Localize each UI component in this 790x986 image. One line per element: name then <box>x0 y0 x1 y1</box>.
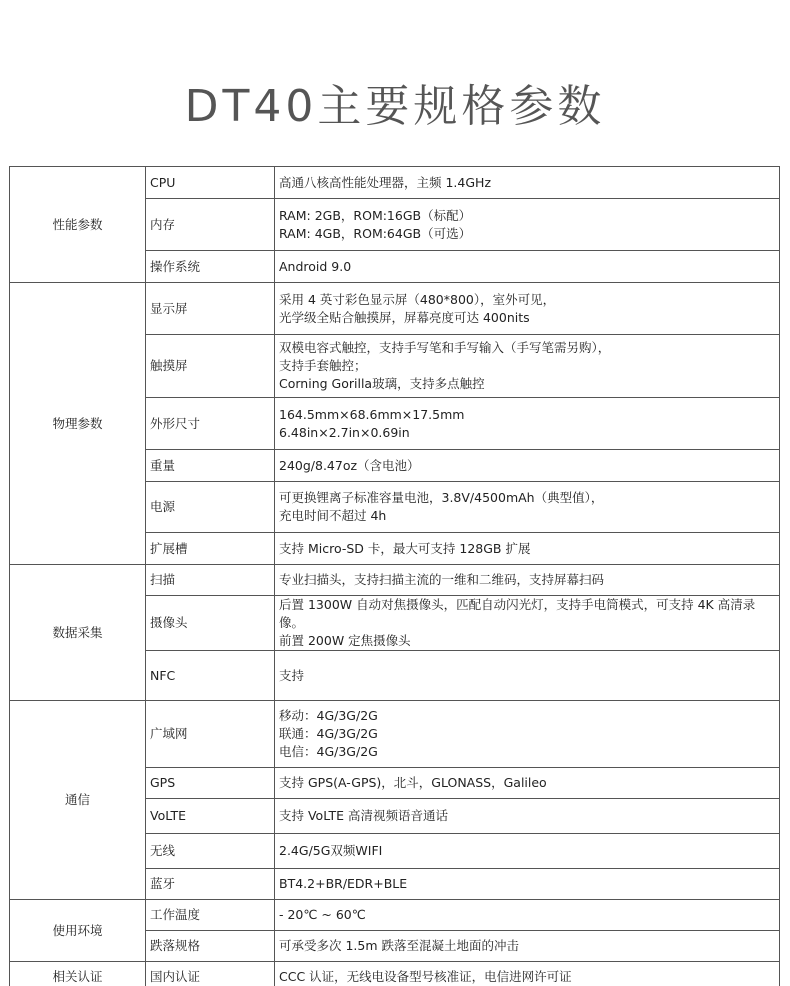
spec-value-cell: 双模电容式触控，支持手写笔和手写输入（手写笔需另购）， 支持手套触控； Corn… <box>275 335 780 398</box>
spec-value-cell: RAM: 2GB，ROM:16GB（标配） RAM: 4GB，ROM:64GB（… <box>275 199 780 251</box>
category-cell: 使用环境 <box>10 900 146 962</box>
spec-item-cell: CPU <box>146 167 275 199</box>
spec-value-cell: 后置 1300W 自动对焦摄像头，匹配自动闪光灯，支持手电筒模式，可支持 4K … <box>275 596 780 651</box>
spec-value-cell: 支持 <box>275 651 780 701</box>
table-row: 相关认证国内认证CCC 认证，无线电设备型号核准证，电信进网许可证 <box>10 962 780 986</box>
spec-item-cell: 工作温度 <box>146 900 275 931</box>
spec-item-cell: 触摸屏 <box>146 335 275 398</box>
spec-item-cell: 外形尺寸 <box>146 398 275 450</box>
spec-item-cell: 操作系统 <box>146 251 275 283</box>
spec-value-cell: Android 9.0 <box>275 251 780 283</box>
category-cell: 数据采集 <box>10 565 146 701</box>
spec-item-cell: 蓝牙 <box>146 869 275 900</box>
spec-value-cell: 专业扫描头，支持扫描主流的一维和二维码，支持屏幕扫码 <box>275 565 780 596</box>
spec-value-cell: 可承受多次 1.5m 跌落至混凝土地面的冲击 <box>275 931 780 962</box>
spec-value-cell: 2.4G/5G双频WIFI <box>275 834 780 869</box>
spec-item-cell: 摄像头 <box>146 596 275 651</box>
category-cell: 物理参数 <box>10 283 146 565</box>
spec-item-cell: 跌落规格 <box>146 931 275 962</box>
spec-item-cell: 扫描 <box>146 565 275 596</box>
spec-item-cell: 电源 <box>146 482 275 533</box>
spec-table: 性能参数CPU高通八核高性能处理器，主频 1.4GHz内存RAM: 2GB，RO… <box>9 166 780 986</box>
category-cell: 相关认证 <box>10 962 146 986</box>
table-row: 使用环境工作温度- 20℃ ~ 60℃ <box>10 900 780 931</box>
page-title: DT40主要规格参数 <box>0 70 790 134</box>
category-cell: 通信 <box>10 701 146 900</box>
table-row: 通信广域网移动：4G/3G/2G 联通：4G/3G/2G 电信：4G/3G/2G <box>10 701 780 768</box>
spec-item-cell: 扩展槽 <box>146 533 275 565</box>
spec-value-cell: 支持 GPS(A-GPS)，北斗，GLONASS，Galileo <box>275 768 780 799</box>
spec-item-cell: 国内认证 <box>146 962 275 986</box>
spec-value-cell: 164.5mm×68.6mm×17.5mm 6.48in×2.7in×0.69i… <box>275 398 780 450</box>
spec-value-cell: 支持 Micro-SD 卡，最大可支持 128GB 扩展 <box>275 533 780 565</box>
spec-value-cell: 移动：4G/3G/2G 联通：4G/3G/2G 电信：4G/3G/2G <box>275 701 780 768</box>
spec-item-cell: VoLTE <box>146 799 275 834</box>
table-row: 性能参数CPU高通八核高性能处理器，主频 1.4GHz <box>10 167 780 199</box>
table-row: 物理参数显示屏采用 4 英寸彩色显示屏（480*800），室外可见， 光学级全贴… <box>10 283 780 335</box>
spec-item-cell: 重量 <box>146 450 275 482</box>
spec-item-cell: 无线 <box>146 834 275 869</box>
spec-value-cell: CCC 认证，无线电设备型号核准证，电信进网许可证 <box>275 962 780 986</box>
table-row: 数据采集扫描专业扫描头，支持扫描主流的一维和二维码，支持屏幕扫码 <box>10 565 780 596</box>
spec-value-cell: 高通八核高性能处理器，主频 1.4GHz <box>275 167 780 199</box>
spec-item-cell: 显示屏 <box>146 283 275 335</box>
spec-value-cell: 支持 VoLTE 高清视频语音通话 <box>275 799 780 834</box>
spec-value-cell: 采用 4 英寸彩色显示屏（480*800），室外可见， 光学级全贴合触摸屏，屏幕… <box>275 283 780 335</box>
category-cell: 性能参数 <box>10 167 146 283</box>
spec-item-cell: 广域网 <box>146 701 275 768</box>
spec-item-cell: 内存 <box>146 199 275 251</box>
spec-value-cell: BT4.2+BR/EDR+BLE <box>275 869 780 900</box>
spec-item-cell: NFC <box>146 651 275 701</box>
spec-value-cell: - 20℃ ~ 60℃ <box>275 900 780 931</box>
spec-value-cell: 240g/8.47oz（含电池） <box>275 450 780 482</box>
spec-value-cell: 可更换锂离子标准容量电池，3.8V/4500mAh（典型值）， 充电时间不超过 … <box>275 482 780 533</box>
spec-item-cell: GPS <box>146 768 275 799</box>
